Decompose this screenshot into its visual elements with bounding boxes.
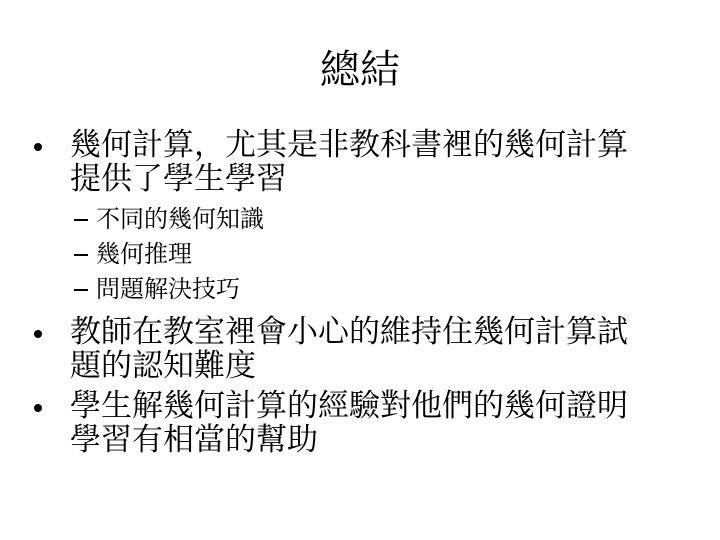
bullet-line: 學生解幾何計算的經驗對他們的幾何證明 <box>70 389 670 423</box>
bullet-item: 學生解幾何計算的經驗對他們的幾何證明 學習有相當的幫助 <box>30 389 670 457</box>
sub-bullet-item: 不同的幾何知識 <box>30 202 670 237</box>
sub-bullet-text: 幾何推理 <box>96 240 192 268</box>
bullet-line: 教師在教室裡會小心的維持住幾何計算試 <box>70 315 670 349</box>
slide-title: 總結 <box>0 44 720 96</box>
bullet-item: 教師在教室裡會小心的維持住幾何計算試 題的認知難度 <box>30 315 670 383</box>
bullet-line: 提供了學生學習 <box>70 162 670 196</box>
bullet-dot-icon <box>34 330 42 338</box>
dash-icon <box>74 219 88 221</box>
dash-icon <box>74 254 88 256</box>
bullet-dot-icon <box>34 404 42 412</box>
slide-body: 幾何計算，尤其是非教科書裡的幾何計算 提供了學生學習 不同的幾何知識 幾何推理 … <box>30 128 670 463</box>
sub-bullet-item: 幾何推理 <box>30 237 670 272</box>
dash-icon <box>74 289 88 291</box>
bullet-dot-icon <box>34 143 42 151</box>
sub-bullet-list: 不同的幾何知識 幾何推理 問題解決技巧 <box>30 202 670 307</box>
bullet-item: 幾何計算，尤其是非教科書裡的幾何計算 提供了學生學習 <box>30 128 670 196</box>
bullet-line: 題的認知難度 <box>70 349 670 383</box>
sub-bullet-item: 問題解決技巧 <box>30 272 670 307</box>
sub-bullet-text: 不同的幾何知識 <box>96 205 264 233</box>
bullet-line: 學習有相當的幫助 <box>70 423 670 457</box>
sub-bullet-text: 問題解決技巧 <box>96 275 240 303</box>
bullet-line: 幾何計算，尤其是非教科書裡的幾何計算 <box>70 128 670 162</box>
